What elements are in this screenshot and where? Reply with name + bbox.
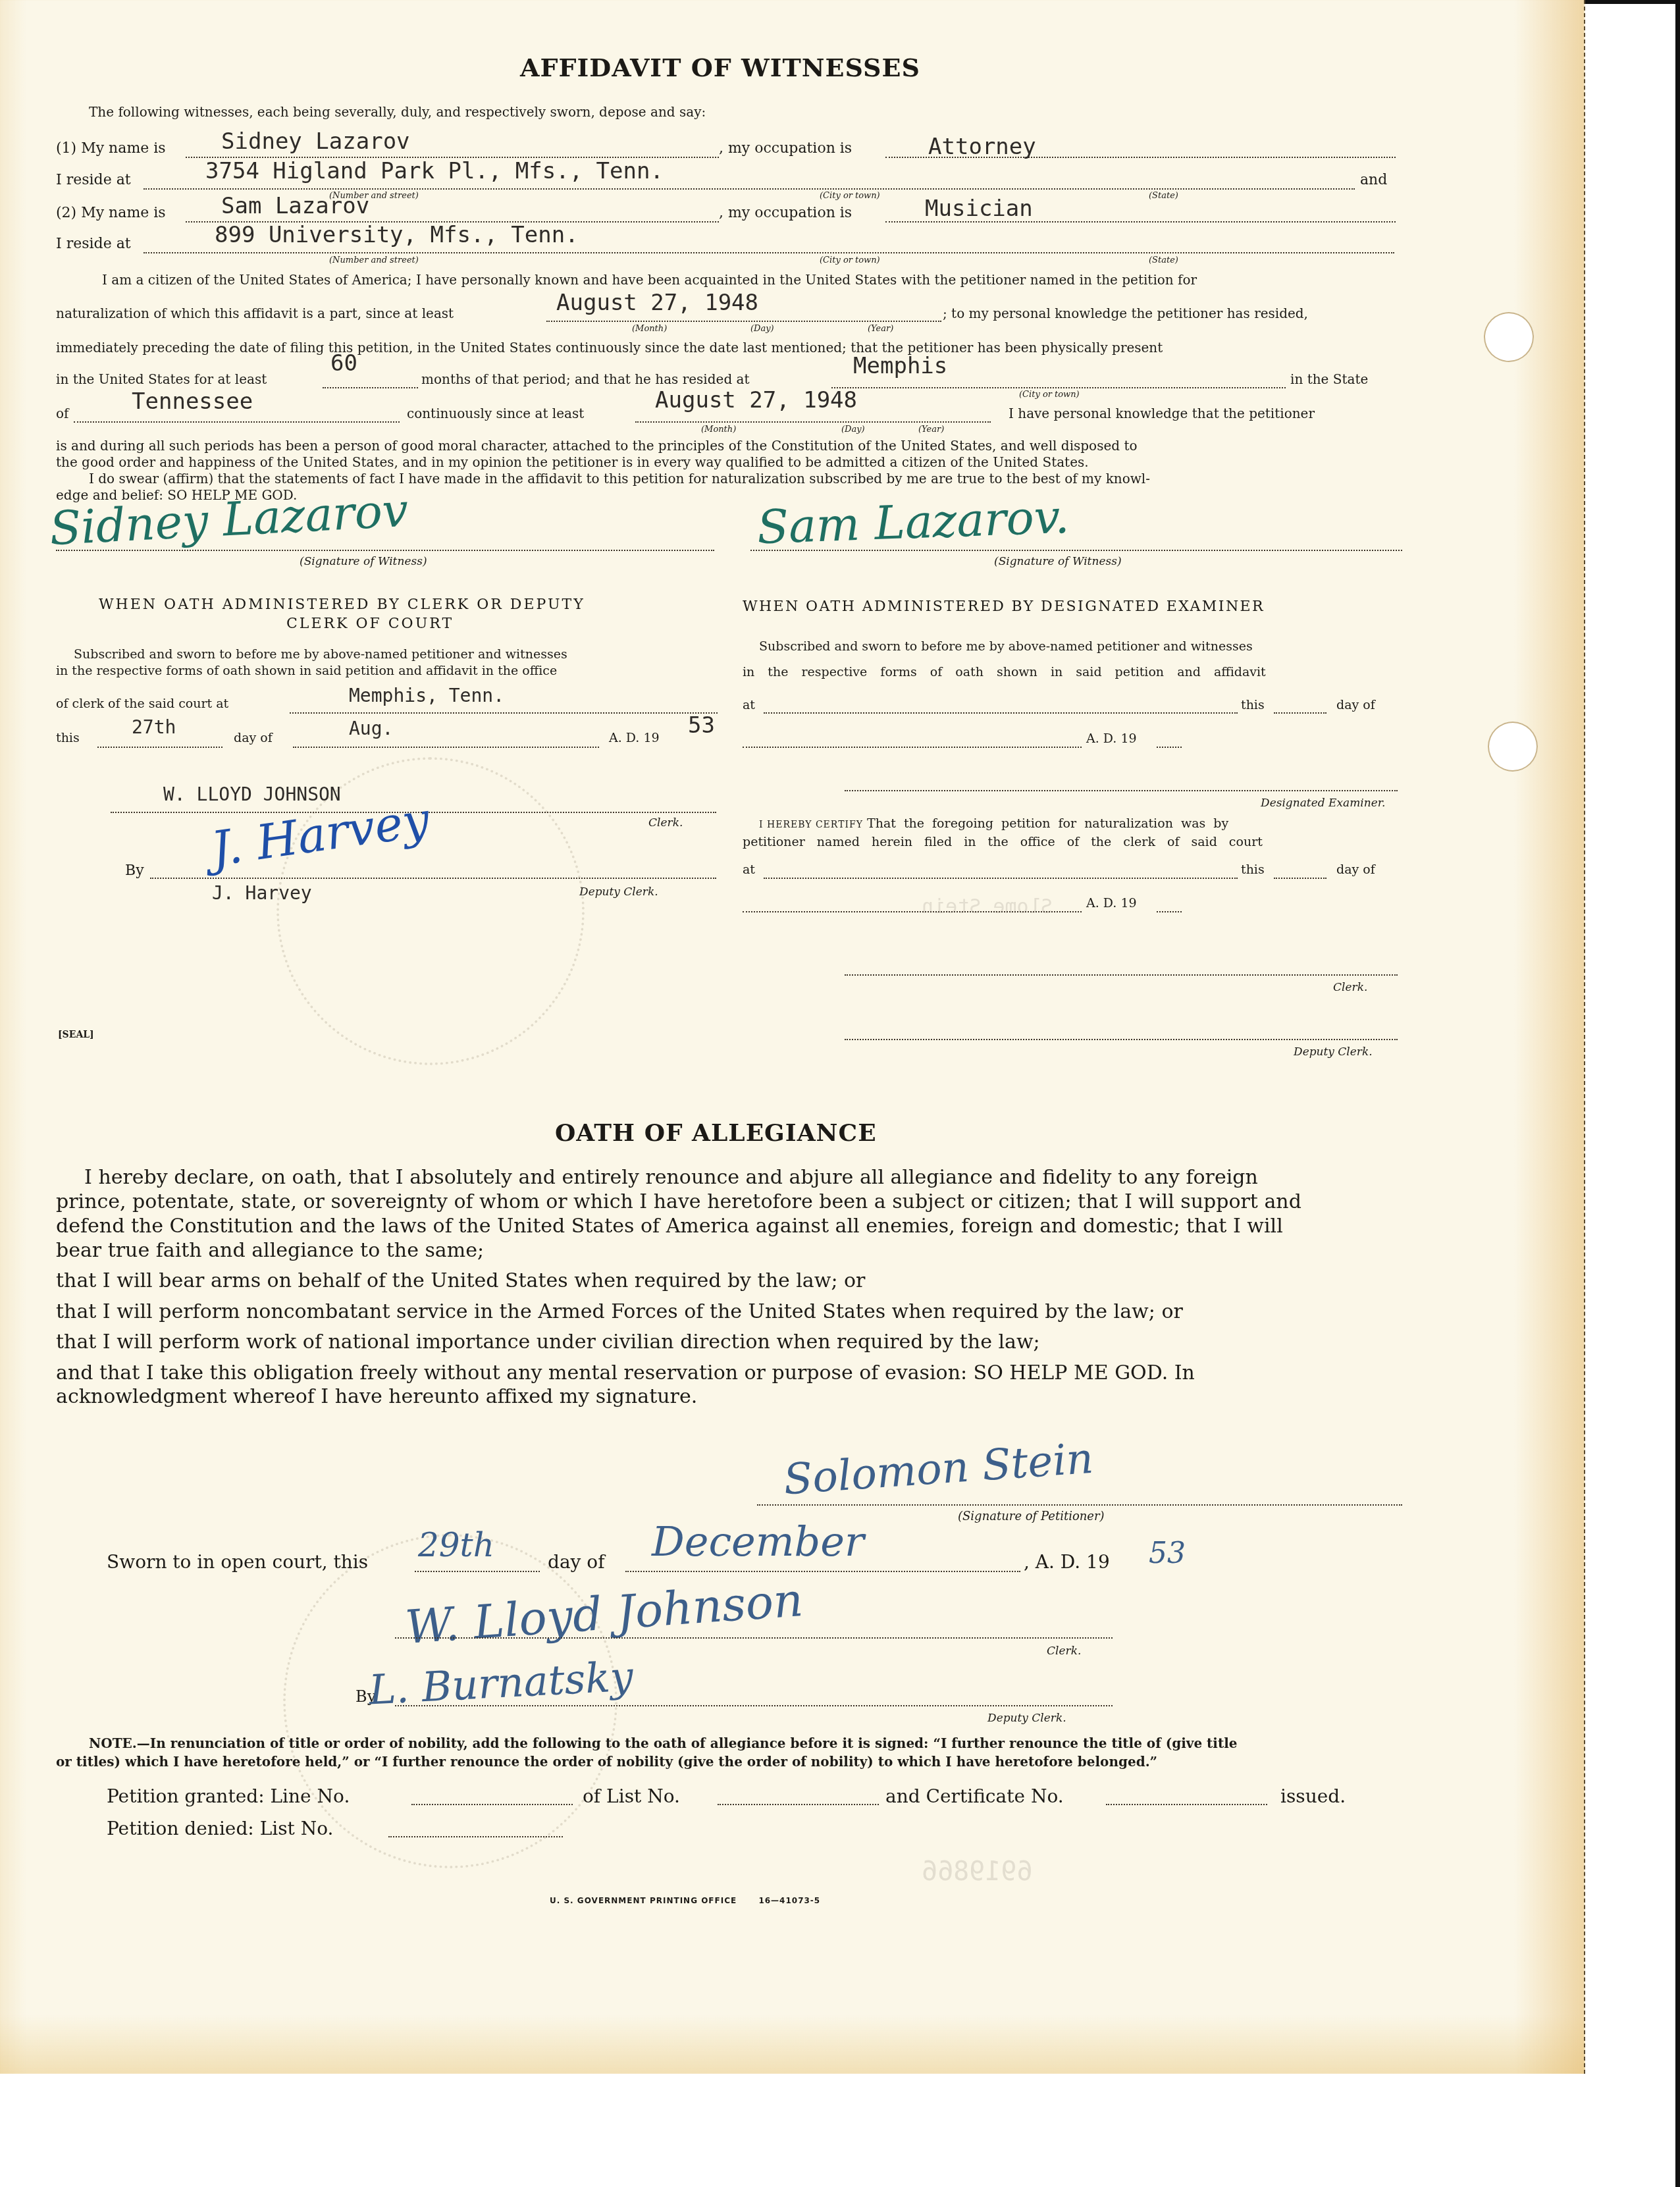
oath-clerk-label: Clerk. bbox=[1047, 1645, 1081, 1658]
caption-state-2: (State) bbox=[1149, 255, 1178, 265]
punch-hole-middle bbox=[1488, 722, 1538, 772]
resided-state-line bbox=[74, 421, 400, 423]
caption-street-2: (Number and street) bbox=[329, 255, 419, 265]
known-since-field[interactable]: August 27, 1948 bbox=[556, 290, 758, 316]
clerk-text-line2: in the respective forms of oath shown in… bbox=[56, 665, 557, 677]
caption-city-1: (City or town) bbox=[820, 191, 880, 201]
examiner-deputy-line bbox=[845, 1039, 1398, 1040]
witness2-name-field[interactable]: Sam Lazarov bbox=[221, 193, 369, 219]
certificate-no-label: and Certificate No. bbox=[885, 1783, 1064, 1810]
caption-year-2: (Year) bbox=[918, 425, 944, 435]
witness2-signature[interactable]: Sam Lazarov. bbox=[756, 490, 1070, 555]
witness1-name-field[interactable]: Sidney Lazarov bbox=[221, 128, 410, 155]
examiner-this2-label: this bbox=[1241, 864, 1265, 876]
para1-line4b: months of that period; and that he has r… bbox=[421, 373, 750, 386]
sworn-label: Sworn to in open court, this bbox=[107, 1548, 368, 1576]
petitioner-signature-caption: (Signature of Petitioner) bbox=[958, 1510, 1105, 1523]
deputy-clerk-line bbox=[150, 878, 716, 879]
examiner-at-label: at bbox=[743, 699, 755, 712]
witness2-address-line bbox=[144, 252, 1394, 253]
oath-line-1: I hereby declare, on oath, that I absolu… bbox=[84, 1164, 1258, 1192]
sworn-month-field[interactable]: December bbox=[652, 1517, 864, 1566]
sworn-day-of-label: day of bbox=[548, 1548, 605, 1576]
note-line-2: or titles) which I have heretofore held,… bbox=[56, 1754, 1157, 1770]
issued-label: issued. bbox=[1280, 1783, 1346, 1810]
examiner-at2-line bbox=[764, 878, 1238, 879]
certify-text: That the foregoing petition for naturali… bbox=[867, 816, 1228, 831]
punch-hole-top bbox=[1484, 312, 1534, 362]
caption-month-1: (Month) bbox=[632, 324, 667, 334]
oath-line-7: that I will perform work of national imp… bbox=[56, 1329, 1040, 1356]
examiner-text-line1: Subscribed and sworn to before me by abo… bbox=[759, 641, 1253, 653]
witness1-signature-caption: (Signature of Witness) bbox=[300, 555, 427, 568]
witness2-occupation-field[interactable]: Musician bbox=[925, 196, 1033, 222]
sworn-year-field[interactable]: 53 bbox=[1149, 1537, 1186, 1570]
clerk-ad-label: A. D. 19 bbox=[609, 732, 660, 745]
caption-city-2: (City or town) bbox=[820, 255, 880, 265]
examiner-section-heading: WHEN OATH ADMINISTERED BY DESIGNATED EXA… bbox=[743, 598, 1265, 615]
para1-line2a: naturalization of which this affidavit i… bbox=[56, 307, 454, 320]
para1-line5c: I have personal knowledge that the petit… bbox=[1009, 407, 1315, 420]
clerk-day-of-label: day of bbox=[234, 732, 273, 745]
witness1-reside-label: I reside at bbox=[56, 173, 131, 188]
para1-line2b: ; to my personal knowledge the petitione… bbox=[943, 307, 1308, 320]
clerk-section-heading-line2: CLERK OF COURT bbox=[286, 616, 454, 632]
certify-lead: I HEREBY CERTIFY bbox=[759, 820, 863, 830]
examiner-year-line bbox=[1157, 747, 1182, 748]
examiner-at2-label: at bbox=[743, 864, 755, 876]
seal-label: [SEAL] bbox=[58, 1030, 94, 1040]
para2-line1: I do swear (affirm) that the statements … bbox=[89, 472, 1150, 485]
clerk-month-line bbox=[293, 747, 599, 748]
para1-line1: I am a citizen of the United States of A… bbox=[102, 273, 1197, 286]
para1-line6: is and during all such periods has been … bbox=[56, 439, 1138, 452]
caption-month-2: (Month) bbox=[701, 425, 736, 435]
examiner-label: Designated Examiner. bbox=[1261, 797, 1385, 810]
clerk-this-label: this bbox=[56, 732, 80, 745]
caption-day-2: (Day) bbox=[841, 425, 865, 435]
sworn-day-line bbox=[415, 1571, 540, 1572]
petition-denied-label: Petition denied: List No. bbox=[107, 1815, 334, 1843]
witness1-name-label: (1) My name is bbox=[56, 142, 166, 156]
clerk-day-line bbox=[97, 747, 223, 748]
sworn-month-line bbox=[625, 1571, 1020, 1572]
caption-city-resided: (City or town) bbox=[1019, 390, 1080, 400]
denied-list-no bbox=[388, 1836, 563, 1837]
oath-line-4: bear true faith and allegiance to the sa… bbox=[56, 1237, 484, 1265]
examiner-year2-line bbox=[1157, 911, 1182, 912]
oath-line-6: that I will perform noncombatant service… bbox=[56, 1298, 1183, 1326]
oath-title: OATH OF ALLEGIANCE bbox=[555, 1119, 877, 1147]
scanner-backdrop bbox=[1584, 4, 1675, 43]
examiner-deputy-label: Deputy Clerk. bbox=[1294, 1045, 1373, 1059]
granted-list-no bbox=[718, 1804, 879, 1805]
oath-deputy-label: Deputy Clerk. bbox=[987, 1712, 1066, 1725]
printer-name: U. S. GOVERNMENT PRINTING OFFICE bbox=[550, 1896, 737, 1905]
affidavit-intro: The following witnesses, each being seve… bbox=[89, 105, 706, 119]
para1-line4c: in the State bbox=[1290, 373, 1368, 386]
months-line bbox=[323, 387, 418, 388]
caption-day-1: (Day) bbox=[750, 324, 774, 334]
clerk-label: Clerk. bbox=[648, 816, 683, 830]
granted-certificate-no bbox=[1106, 1804, 1267, 1805]
examiner-day2-line bbox=[1274, 878, 1326, 879]
clerk-month-field[interactable]: Aug. bbox=[349, 718, 393, 739]
granted-line-no bbox=[411, 1804, 573, 1805]
examiner-at-line bbox=[764, 712, 1238, 714]
petition-granted-label: Petition granted: Line No. bbox=[107, 1783, 350, 1810]
examiner-text-line2: in the respective forms of oath shown in… bbox=[743, 666, 1266, 679]
oath-line-9: acknowledgment whereof I have hereunto a… bbox=[56, 1383, 697, 1411]
examiner-this-label: this bbox=[1241, 699, 1265, 712]
document-page: AFFIDAVIT OF WITNESSES The following wit… bbox=[0, 0, 1585, 2074]
witness2-reside-label: I reside at bbox=[56, 237, 131, 251]
witness2-address-field[interactable]: 899 University, Mfs., Tenn. bbox=[215, 222, 579, 248]
examiner-clerk-label: Clerk. bbox=[1333, 981, 1367, 994]
resided-city-field[interactable]: Memphis bbox=[853, 353, 947, 379]
clerk-year-field[interactable]: 53 bbox=[688, 712, 715, 739]
resided-since-field[interactable]: August 27, 1948 bbox=[655, 387, 857, 413]
witness2-name-label: (2) My name is bbox=[56, 206, 166, 221]
clerk-court-at-line bbox=[290, 712, 718, 714]
scanner-frame-right bbox=[1675, 0, 1680, 2187]
para1-line7: the good order and happiness of the Unit… bbox=[56, 456, 1089, 469]
known-since-line bbox=[546, 321, 941, 322]
para1-line5b: continuously since at least bbox=[407, 407, 584, 420]
witness1-occupation-label: , my occupation is bbox=[719, 142, 852, 156]
resided-city-line bbox=[831, 387, 1286, 388]
note-line-1: NOTE.—In renunciation of title or order … bbox=[89, 1735, 1238, 1751]
clerk-day-field[interactable]: 27th bbox=[132, 716, 176, 738]
clerk-court-at-label: of clerk of the said court at bbox=[56, 698, 228, 710]
witness2-signature-caption: (Signature of Witness) bbox=[994, 555, 1122, 568]
caption-year-1: (Year) bbox=[868, 324, 893, 334]
months-present-field[interactable]: 60 bbox=[330, 350, 357, 377]
certify-line1: I HEREBY CERTIFY That the foregoing peti… bbox=[759, 818, 1228, 830]
clerk-text-line1: Subscribed and sworn to before me by abo… bbox=[74, 648, 567, 661]
oath-deputy-line bbox=[395, 1705, 1113, 1706]
witness2-occupation-label: , my occupation is bbox=[719, 206, 852, 221]
sworn-ad-label: , A. D. 19 bbox=[1024, 1548, 1110, 1576]
examiner-day-of-label: day of bbox=[1336, 699, 1375, 712]
clerk-typed-name: W. LLOYD JOHNSON bbox=[163, 783, 341, 805]
witness1-and-label: and bbox=[1360, 173, 1387, 188]
bleed-through-number: 6919866 bbox=[922, 1857, 1033, 1887]
bleed-through-text: Slome Stein bbox=[922, 895, 1053, 918]
oath-line-2: prince, potentate, state, or sovereignty… bbox=[56, 1188, 1301, 1216]
oath-clerk-line bbox=[395, 1637, 1113, 1639]
examiner-day-of2-label: day of bbox=[1336, 864, 1375, 876]
oath-line-3: defend the Constitution and the laws of … bbox=[56, 1213, 1283, 1240]
resided-since-line bbox=[635, 421, 991, 423]
sworn-day-field[interactable]: 29th bbox=[418, 1526, 494, 1564]
witness1-address-field[interactable]: 3754 Higland Park Pl., Mfs., Tenn. bbox=[205, 158, 664, 184]
examiner-ad-label: A. D. 19 bbox=[1086, 733, 1137, 745]
list-no-label: of List No. bbox=[583, 1783, 680, 1810]
clerk-court-at-field[interactable]: Memphis, Tenn. bbox=[349, 685, 504, 706]
resided-state-field[interactable]: Tennessee bbox=[132, 388, 253, 415]
caption-state-1: (State) bbox=[1149, 191, 1178, 201]
examiner-signature-line bbox=[845, 790, 1398, 791]
para1-line5a: of bbox=[56, 407, 68, 420]
petitioner-signature-line bbox=[757, 1504, 1402, 1506]
deputy-by-label: By bbox=[125, 864, 144, 878]
petitioner-signature[interactable]: Solomon Stein bbox=[782, 1435, 1095, 1505]
deputy-clerk-label: Deputy Clerk. bbox=[579, 885, 658, 899]
examiner-day-line bbox=[1274, 712, 1326, 714]
para1-line4a: in the United States for at least bbox=[56, 373, 267, 386]
examiner-month-line bbox=[743, 747, 1082, 748]
examiner-ad2-label: A. D. 19 bbox=[1086, 897, 1137, 910]
para1-line3: immediately preceding the date of filing… bbox=[56, 341, 1163, 354]
certify-line2: petitioner named herein filed in the off… bbox=[743, 836, 1263, 849]
form-code: 16—41073-5 bbox=[758, 1896, 820, 1905]
affidavit-title: AFFIDAVIT OF WITNESSES bbox=[520, 53, 920, 82]
printer-imprint: U. S. GOVERNMENT PRINTING OFFICE 16—4107… bbox=[550, 1896, 820, 1905]
witness1-occupation-field[interactable]: Attorney bbox=[928, 134, 1036, 160]
examiner-clerk-line bbox=[845, 974, 1398, 976]
witness1-address-line bbox=[144, 188, 1355, 190]
clerk-section-heading: WHEN OATH ADMINISTERED BY CLERK OR DEPUT… bbox=[99, 596, 585, 613]
oath-line-5: that I will bear arms on behalf of the U… bbox=[56, 1267, 865, 1295]
deputy-clerk-typed-name: J. Harvey bbox=[212, 882, 312, 904]
